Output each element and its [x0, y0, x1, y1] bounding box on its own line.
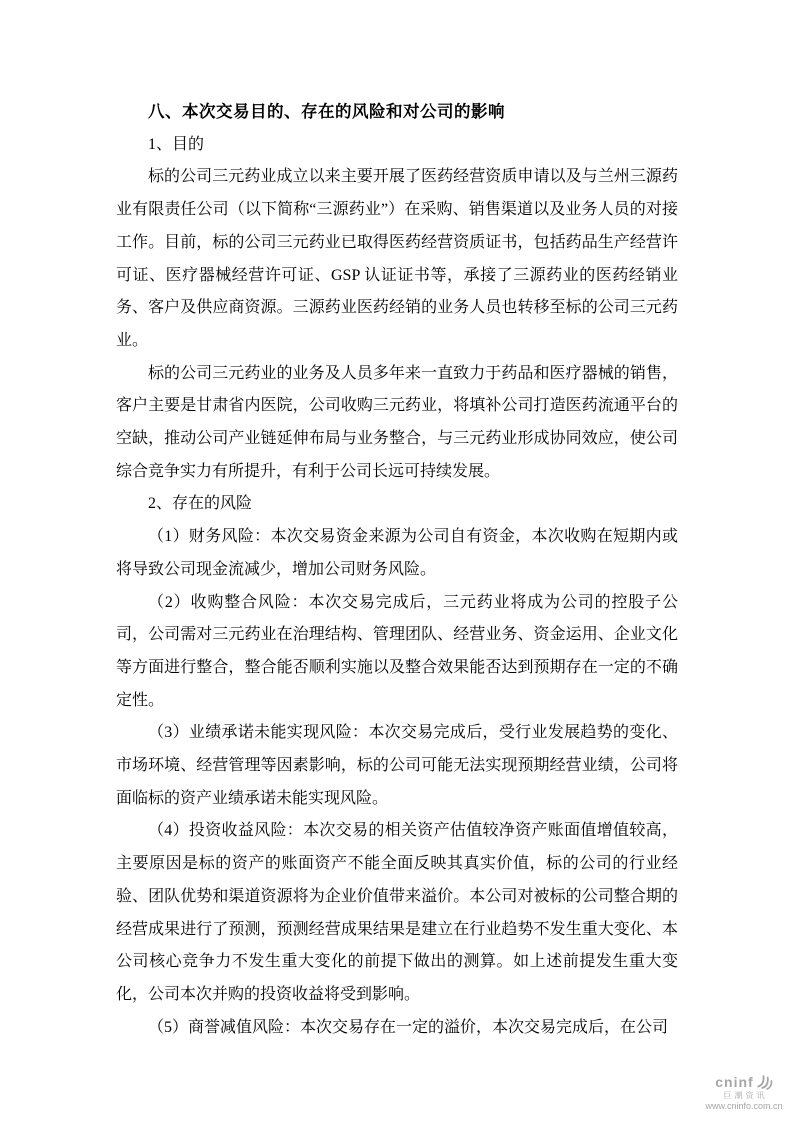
cninfo-watermark: cninf 巨潮资讯 www.cninfo.com.cn [700, 1073, 788, 1112]
purpose-paragraph-1: 标的公司三元药业成立以来主要开展了医药经营资质申请以及与兰州三源药业有限责任公司… [116, 161, 678, 357]
risk-paragraph-investment-return: （4）投资收益风险：本次交易的相关资产估值较净资产账面值增值较高，主要原因是标的… [116, 815, 678, 1011]
cninfo-logo-row: cninf [700, 1073, 788, 1090]
purpose-paragraph-2: 标的公司三元药业的业务及人员多年来一直致力于药品和医疗器械的销售，客户主要是甘肃… [116, 358, 678, 489]
subsection-title-risks: 2、存在的风险 [116, 488, 678, 521]
risk-paragraph-performance-commitment: （3）业绩承诺未能实现风险：本次交易完成后，受行业发展趋势的变化、市场环境、经营… [116, 717, 678, 815]
risk-paragraph-integration: （2）收购整合风险：本次交易完成后，三元药业将成为公司的控股子公司，公司需对三元… [116, 587, 678, 718]
risk-paragraph-goodwill-impairment: （5）商誉减值风险：本次交易存在一定的溢价，本次交易完成后，在公司 [116, 1012, 678, 1045]
risk-paragraph-financial: （1）财务风险：本次交易资金来源为公司自有资金，本次收购在短期内或将导致公司现金… [116, 521, 678, 586]
section-heading: 八、本次交易目的、存在的风险和对公司的影响 [116, 96, 678, 129]
cninfo-url: www.cninfo.com.cn [700, 1101, 788, 1112]
document-page: 八、本次交易目的、存在的风险和对公司的影响 1、目的 标的公司三元药业成立以来主… [0, 0, 793, 1122]
subsection-title-purpose: 1、目的 [116, 129, 678, 162]
cninfo-logo-text: cninf [715, 1075, 753, 1089]
cninfo-chinese-name: 巨潮资讯 [700, 1091, 788, 1100]
document-body: 八、本次交易目的、存在的风险和对公司的影响 1、目的 标的公司三元药业成立以来主… [116, 96, 678, 1044]
cninfo-swirl-icon [756, 1073, 773, 1090]
